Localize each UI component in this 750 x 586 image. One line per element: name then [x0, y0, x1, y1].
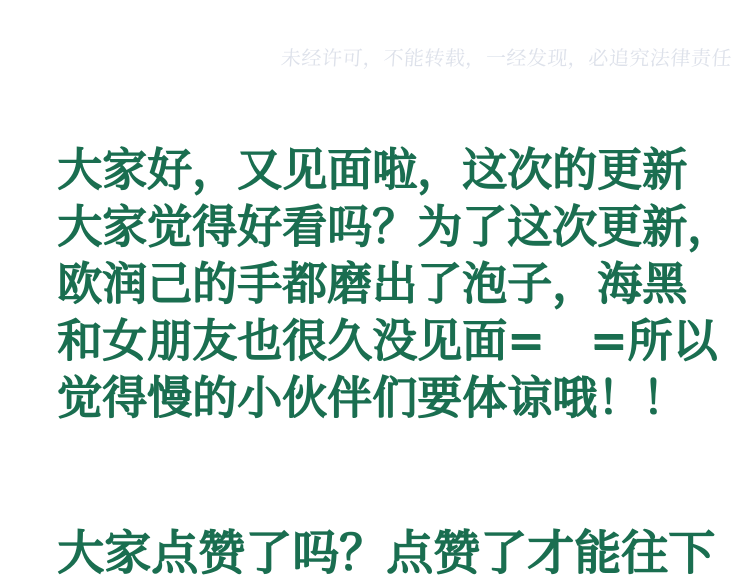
text-line-1: 大家好，又见面啦，这次的更新 — [57, 141, 717, 198]
comic-author-note-page: 未经许可，不能转载，一经发现，必追究法律责任 大家好，又见面啦，这次的更新 大家… — [0, 0, 750, 586]
copyright-watermark: 未经许可，不能转载，一经发现，必追究法律责任 — [280, 44, 722, 72]
text-line-4: 和女朋友也很久没见面= =所以 — [57, 312, 717, 369]
text-line-2: 大家觉得好看吗？为了这次更新， — [57, 198, 717, 255]
text-line-5: 觉得慢的小伙伴们要体谅哦！！ — [57, 369, 717, 426]
text-line-3: 欧润己的手都磨出了泡子，海黑 — [57, 255, 717, 312]
footer-call-to-action-line: 大家点赞了吗？点赞了才能往下 — [57, 524, 737, 584]
main-paragraph: 大家好，又见面啦，这次的更新 大家觉得好看吗？为了这次更新， 欧润己的手都磨出了… — [57, 141, 717, 426]
